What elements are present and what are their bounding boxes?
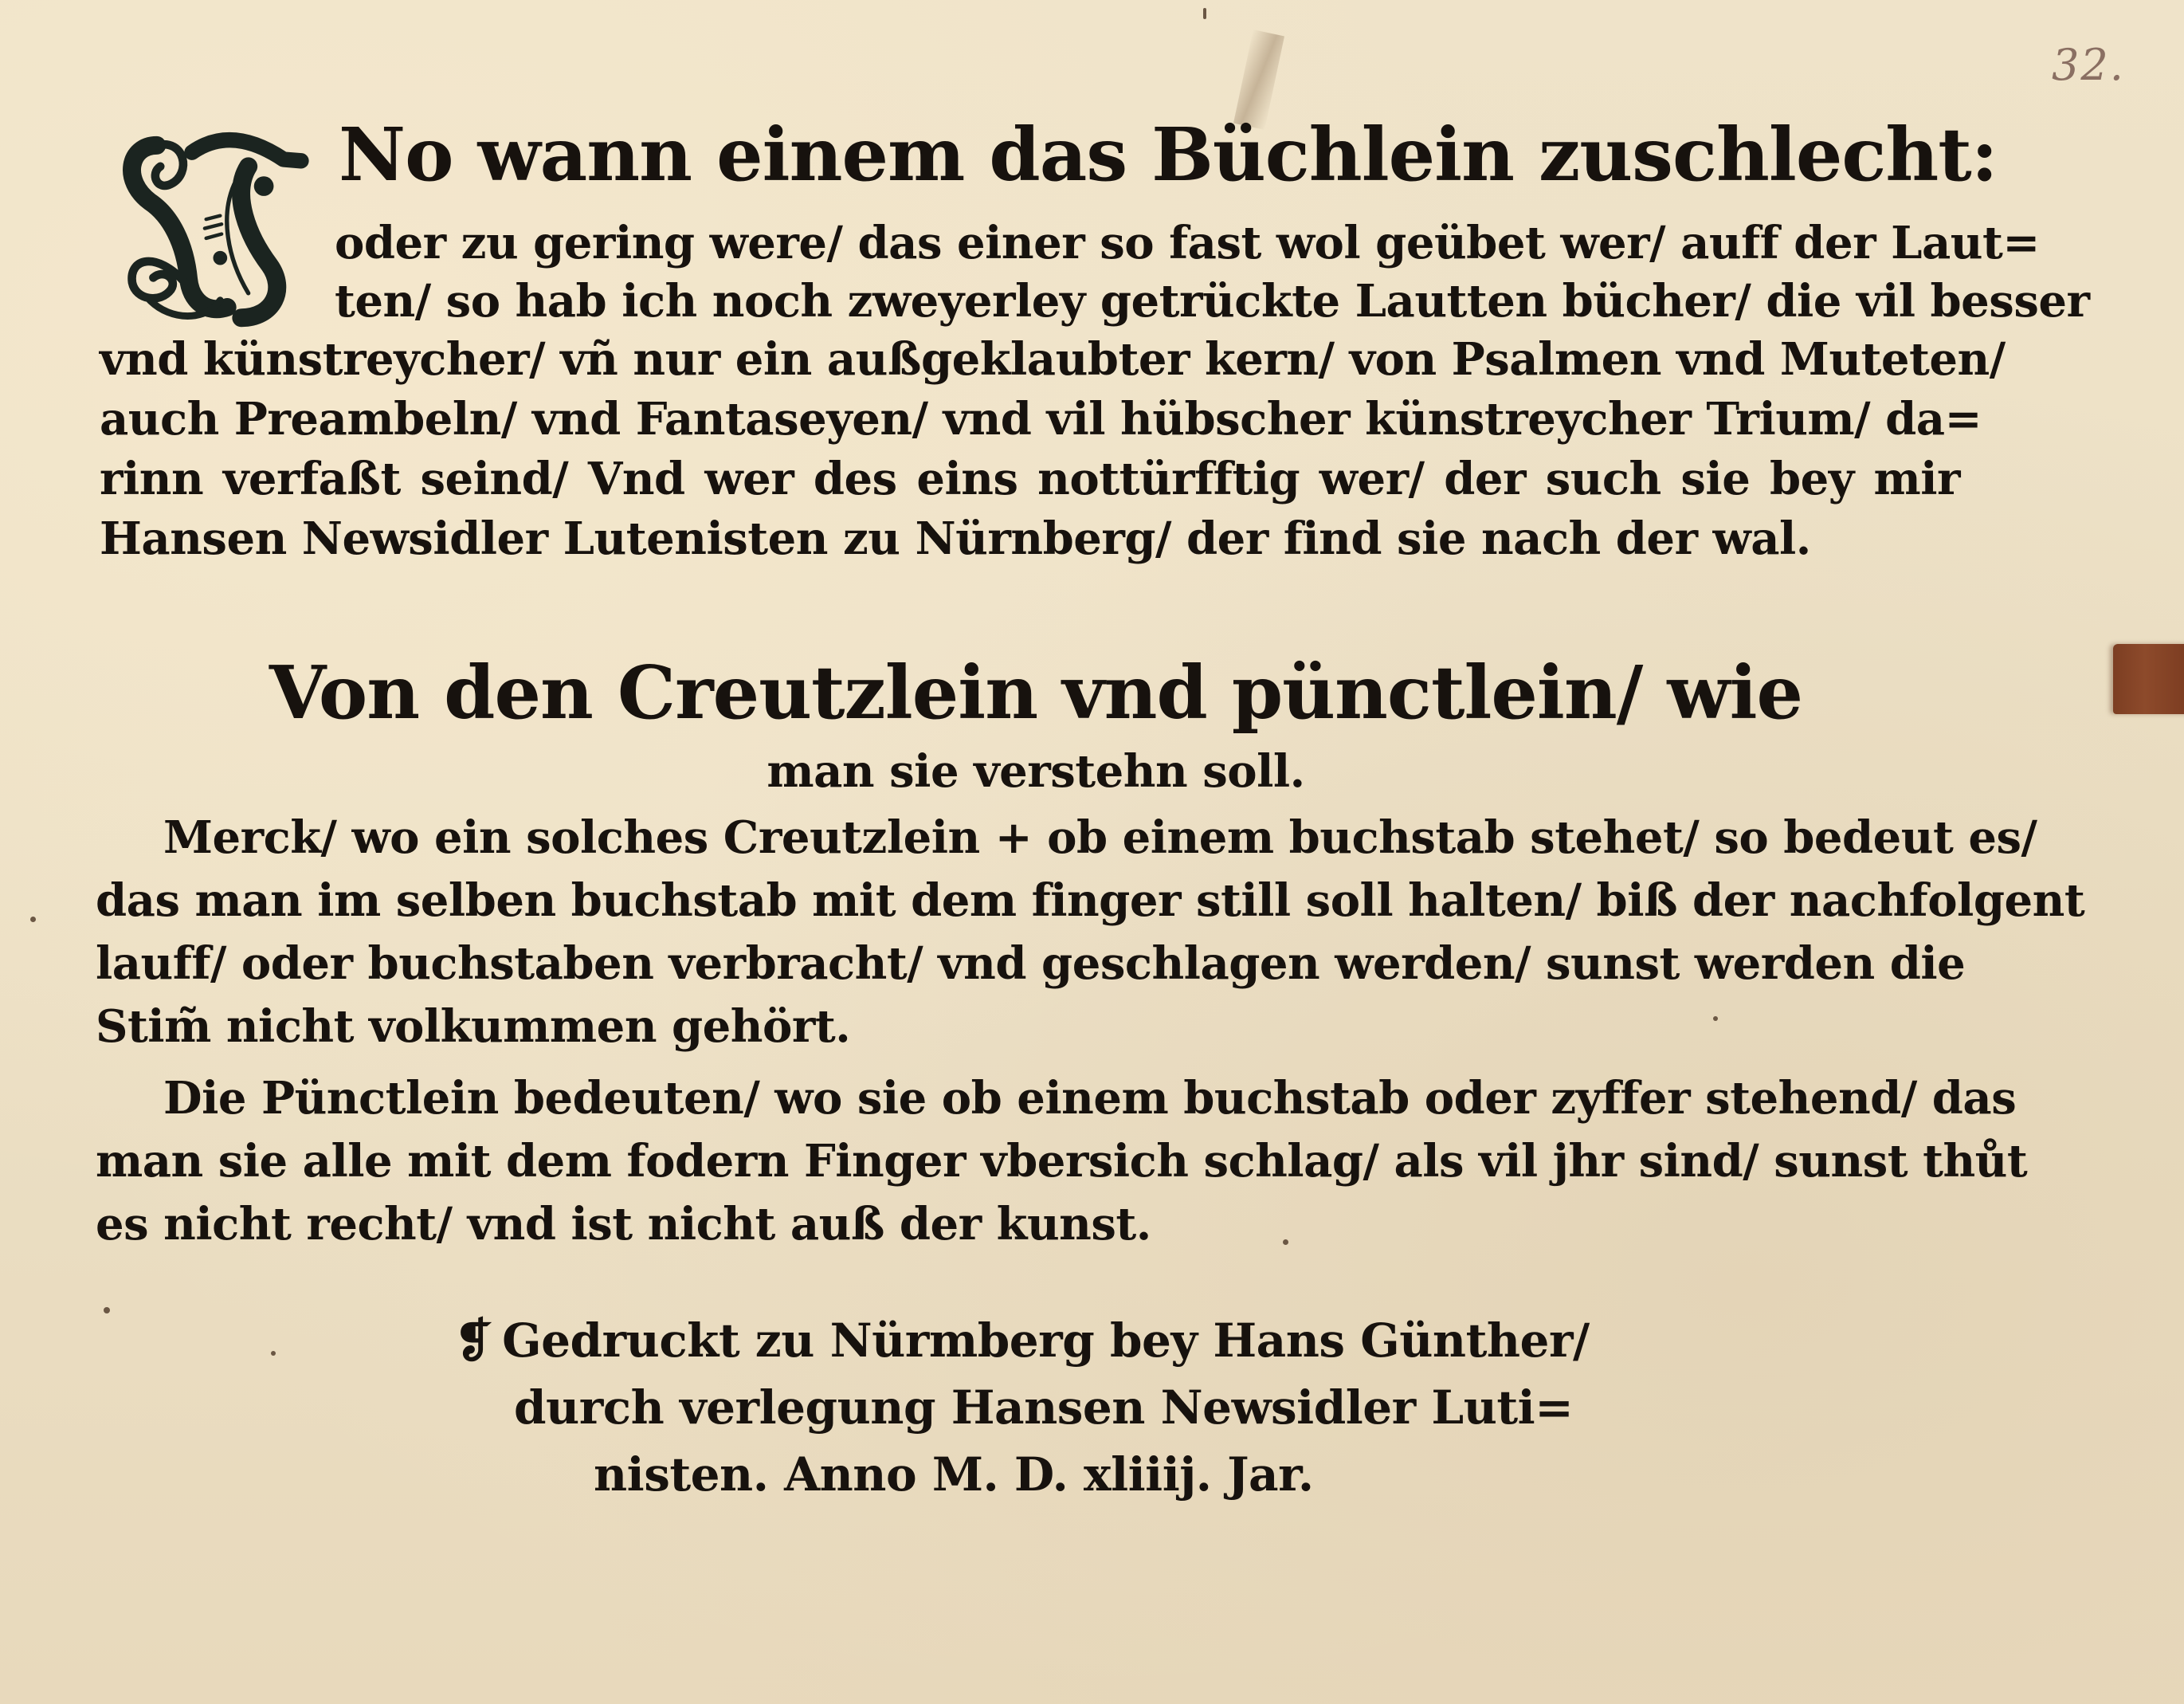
page-number: 32. bbox=[2052, 40, 2125, 90]
intro-line-2: oder zu gering were/ das einer so fast w… bbox=[335, 217, 1960, 269]
paper-speck bbox=[30, 917, 36, 922]
manuscript-page: 32. No wann einem das bbox=[0, 0, 2184, 1704]
paragraph1-line-2: das man im selben buchstab mit dem finge… bbox=[96, 874, 1956, 927]
paper-speck bbox=[104, 1307, 110, 1313]
colophon-line-1: ❡Gedruckt zu Nürmberg bey Hans Günther/ bbox=[454, 1313, 1590, 1368]
paper-speck bbox=[1203, 8, 1206, 19]
intro-line-6: rinn verfaßt seind/ Vnd wer des eins not… bbox=[100, 453, 1960, 505]
decorated-initial-v bbox=[108, 113, 319, 332]
paper-speck bbox=[1713, 1016, 1718, 1021]
intro-line-4: vnd künstreycher/ vñ nur ein außgeklaubt… bbox=[100, 333, 1960, 386]
pilcrow-icon: ❡ bbox=[454, 1313, 492, 1368]
section-heading: Von den Creutzlein vnd pünctlein/ wie bbox=[0, 650, 2072, 736]
ornamental-initial-icon bbox=[108, 113, 319, 332]
paragraph1-line-3: lauff/ oder buchstaben verbracht/ vnd ge… bbox=[96, 937, 1956, 990]
paragraph1-line-4: Stim̃ nicht volkummen gehört. bbox=[96, 1000, 850, 1053]
paper-speck bbox=[271, 1351, 276, 1356]
paper-speck bbox=[1283, 1239, 1288, 1245]
leather-edge-tab bbox=[2113, 644, 2184, 714]
intro-line-1-large: No wann einem das Büchlein zuschlecht: bbox=[339, 112, 1956, 198]
paragraph1-line-1: Merck/ wo ein solches Creutzlein + ob ei… bbox=[163, 811, 1956, 864]
paragraph2-line-3: es nicht recht/ vnd ist nicht auß der ku… bbox=[96, 1198, 1151, 1251]
paragraph2-line-1: Die Pünctlein bedeuten/ wo sie ob einem … bbox=[163, 1072, 1956, 1125]
intro-line-7: Hansen Newsidler Lutenisten zu Nürnberg/… bbox=[100, 512, 1811, 565]
intro-line-5: auch Preambeln/ vnd Fantaseyen/ vnd vil … bbox=[100, 393, 1960, 446]
colophon-text-1: Gedruckt zu Nürmberg bey Hans Günther/ bbox=[502, 1313, 1590, 1368]
colophon-line-2: durch verlegung Hansen Newsidler Luti= bbox=[514, 1380, 1573, 1435]
section-subheading: man sie verstehn soll. bbox=[0, 745, 2072, 798]
colophon-line-3: nisten. Anno M. D. xliiij. Jar. bbox=[594, 1447, 1314, 1502]
paragraph2-line-2: man sie alle mit dem fodern Finger vbers… bbox=[96, 1135, 1956, 1188]
intro-line-3: ten/ so hab ich noch zweyerley getrückte… bbox=[335, 275, 1960, 328]
